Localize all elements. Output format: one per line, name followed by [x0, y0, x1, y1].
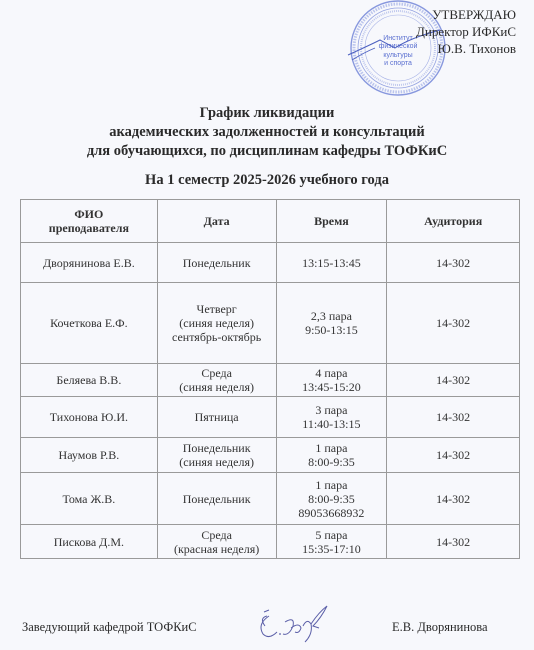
room-cell: 14-302 [387, 473, 520, 525]
date-cell: Понедельник(синяя неделя) [157, 438, 276, 473]
teacher-name-cell: Наумов Р.В. [21, 438, 158, 473]
teacher-name-cell: Пискова Д.М. [21, 525, 158, 559]
teacher-name-cell: Дворянинова Е.В. [21, 243, 158, 283]
room-cell: 14-302 [387, 397, 520, 438]
approval-heading: УТВЕРЖДАЮ [416, 6, 516, 23]
date-cell: Среда(красная неделя) [157, 525, 276, 559]
column-header: Дата [157, 200, 276, 243]
approval-position: Директор ИФКиС [416, 23, 516, 40]
title-line-3: для обучающихся, по дисциплинам кафедры … [0, 142, 534, 161]
room-cell: 14-302 [387, 364, 520, 397]
date-cell: Понедельник [157, 243, 276, 283]
time-cell: 2,3 пара9:50-13:15 [276, 283, 387, 364]
time-cell: 3 пара11:40-13:15 [276, 397, 387, 438]
svg-text:и спорта: и спорта [384, 60, 412, 67]
time-cell: 5 пара15:35-17:10 [276, 525, 387, 559]
time-cell: 1 пара8:00-9:35 [276, 438, 387, 473]
svg-text:культуры: культуры [383, 52, 412, 59]
column-header: Аудитория [387, 200, 520, 243]
table-row: Дворянинова Е.В.Понедельник13:15-13:4514… [21, 243, 520, 283]
table-row: Пискова Д.М.Среда(красная неделя)5 пара1… [21, 525, 520, 559]
teacher-name-cell: Беляева В.В. [21, 364, 158, 397]
room-cell: 14-302 [387, 525, 520, 559]
footer-position: Заведующий кафедрой ТОФКиС [22, 620, 197, 635]
title-line-2: академических задолженностей и консульта… [0, 123, 534, 142]
table-header-row: ФИОпреподавателяДатаВремяАудитория [21, 200, 520, 243]
title-line-1: График ликвидации [0, 104, 534, 123]
date-cell: Четверг(синяя неделя)сентябрь-октябрь [157, 283, 276, 364]
table-row: Наумов Р.В.Понедельник(синяя неделя)1 па… [21, 438, 520, 473]
date-cell: Пятница [157, 397, 276, 438]
room-cell: 14-302 [387, 283, 520, 364]
table-row: Кочеткова Е.Ф.Четверг(синяя неделя)сентя… [21, 283, 520, 364]
teacher-name-cell: Кочеткова Е.Ф. [21, 283, 158, 364]
approval-name: Ю.В. Тихонов [416, 40, 516, 57]
column-header: Время [276, 200, 387, 243]
schedule-table: ФИОпреподавателяДатаВремяАудитория Дворя… [20, 199, 520, 559]
semester-subtitle: На 1 семестр 2025-2026 учебного года [0, 172, 534, 189]
time-cell: 13:15-13:45 [276, 243, 387, 283]
column-header: ФИОпреподавателя [21, 200, 158, 243]
approval-block: УТВЕРЖДАЮ Директор ИФКиС Ю.В. Тихонов [416, 6, 516, 57]
date-cell: Среда(синяя неделя) [157, 364, 276, 397]
room-cell: 14-302 [387, 438, 520, 473]
date-cell: Понедельник [157, 473, 276, 525]
teacher-name-cell: Тома Ж.В. [21, 473, 158, 525]
table-row: Тома Ж.В.Понедельник1 пара8:00-9:3589053… [21, 473, 520, 525]
room-cell: 14-302 [387, 243, 520, 283]
footer-name: Е.В. Дворянинова [392, 620, 488, 635]
table-row: Беляева В.В.Среда(синяя неделя)4 пара13:… [21, 364, 520, 397]
signature [255, 604, 335, 646]
table-row: Тихонова Ю.И.Пятница3 пара11:40-13:1514-… [21, 397, 520, 438]
document-title: График ликвидации академических задолжен… [0, 104, 534, 161]
teacher-name-cell: Тихонова Ю.И. [21, 397, 158, 438]
time-cell: 4 пара13:45-15:20 [276, 364, 387, 397]
time-cell: 1 пара8:00-9:3589053668932 [276, 473, 387, 525]
